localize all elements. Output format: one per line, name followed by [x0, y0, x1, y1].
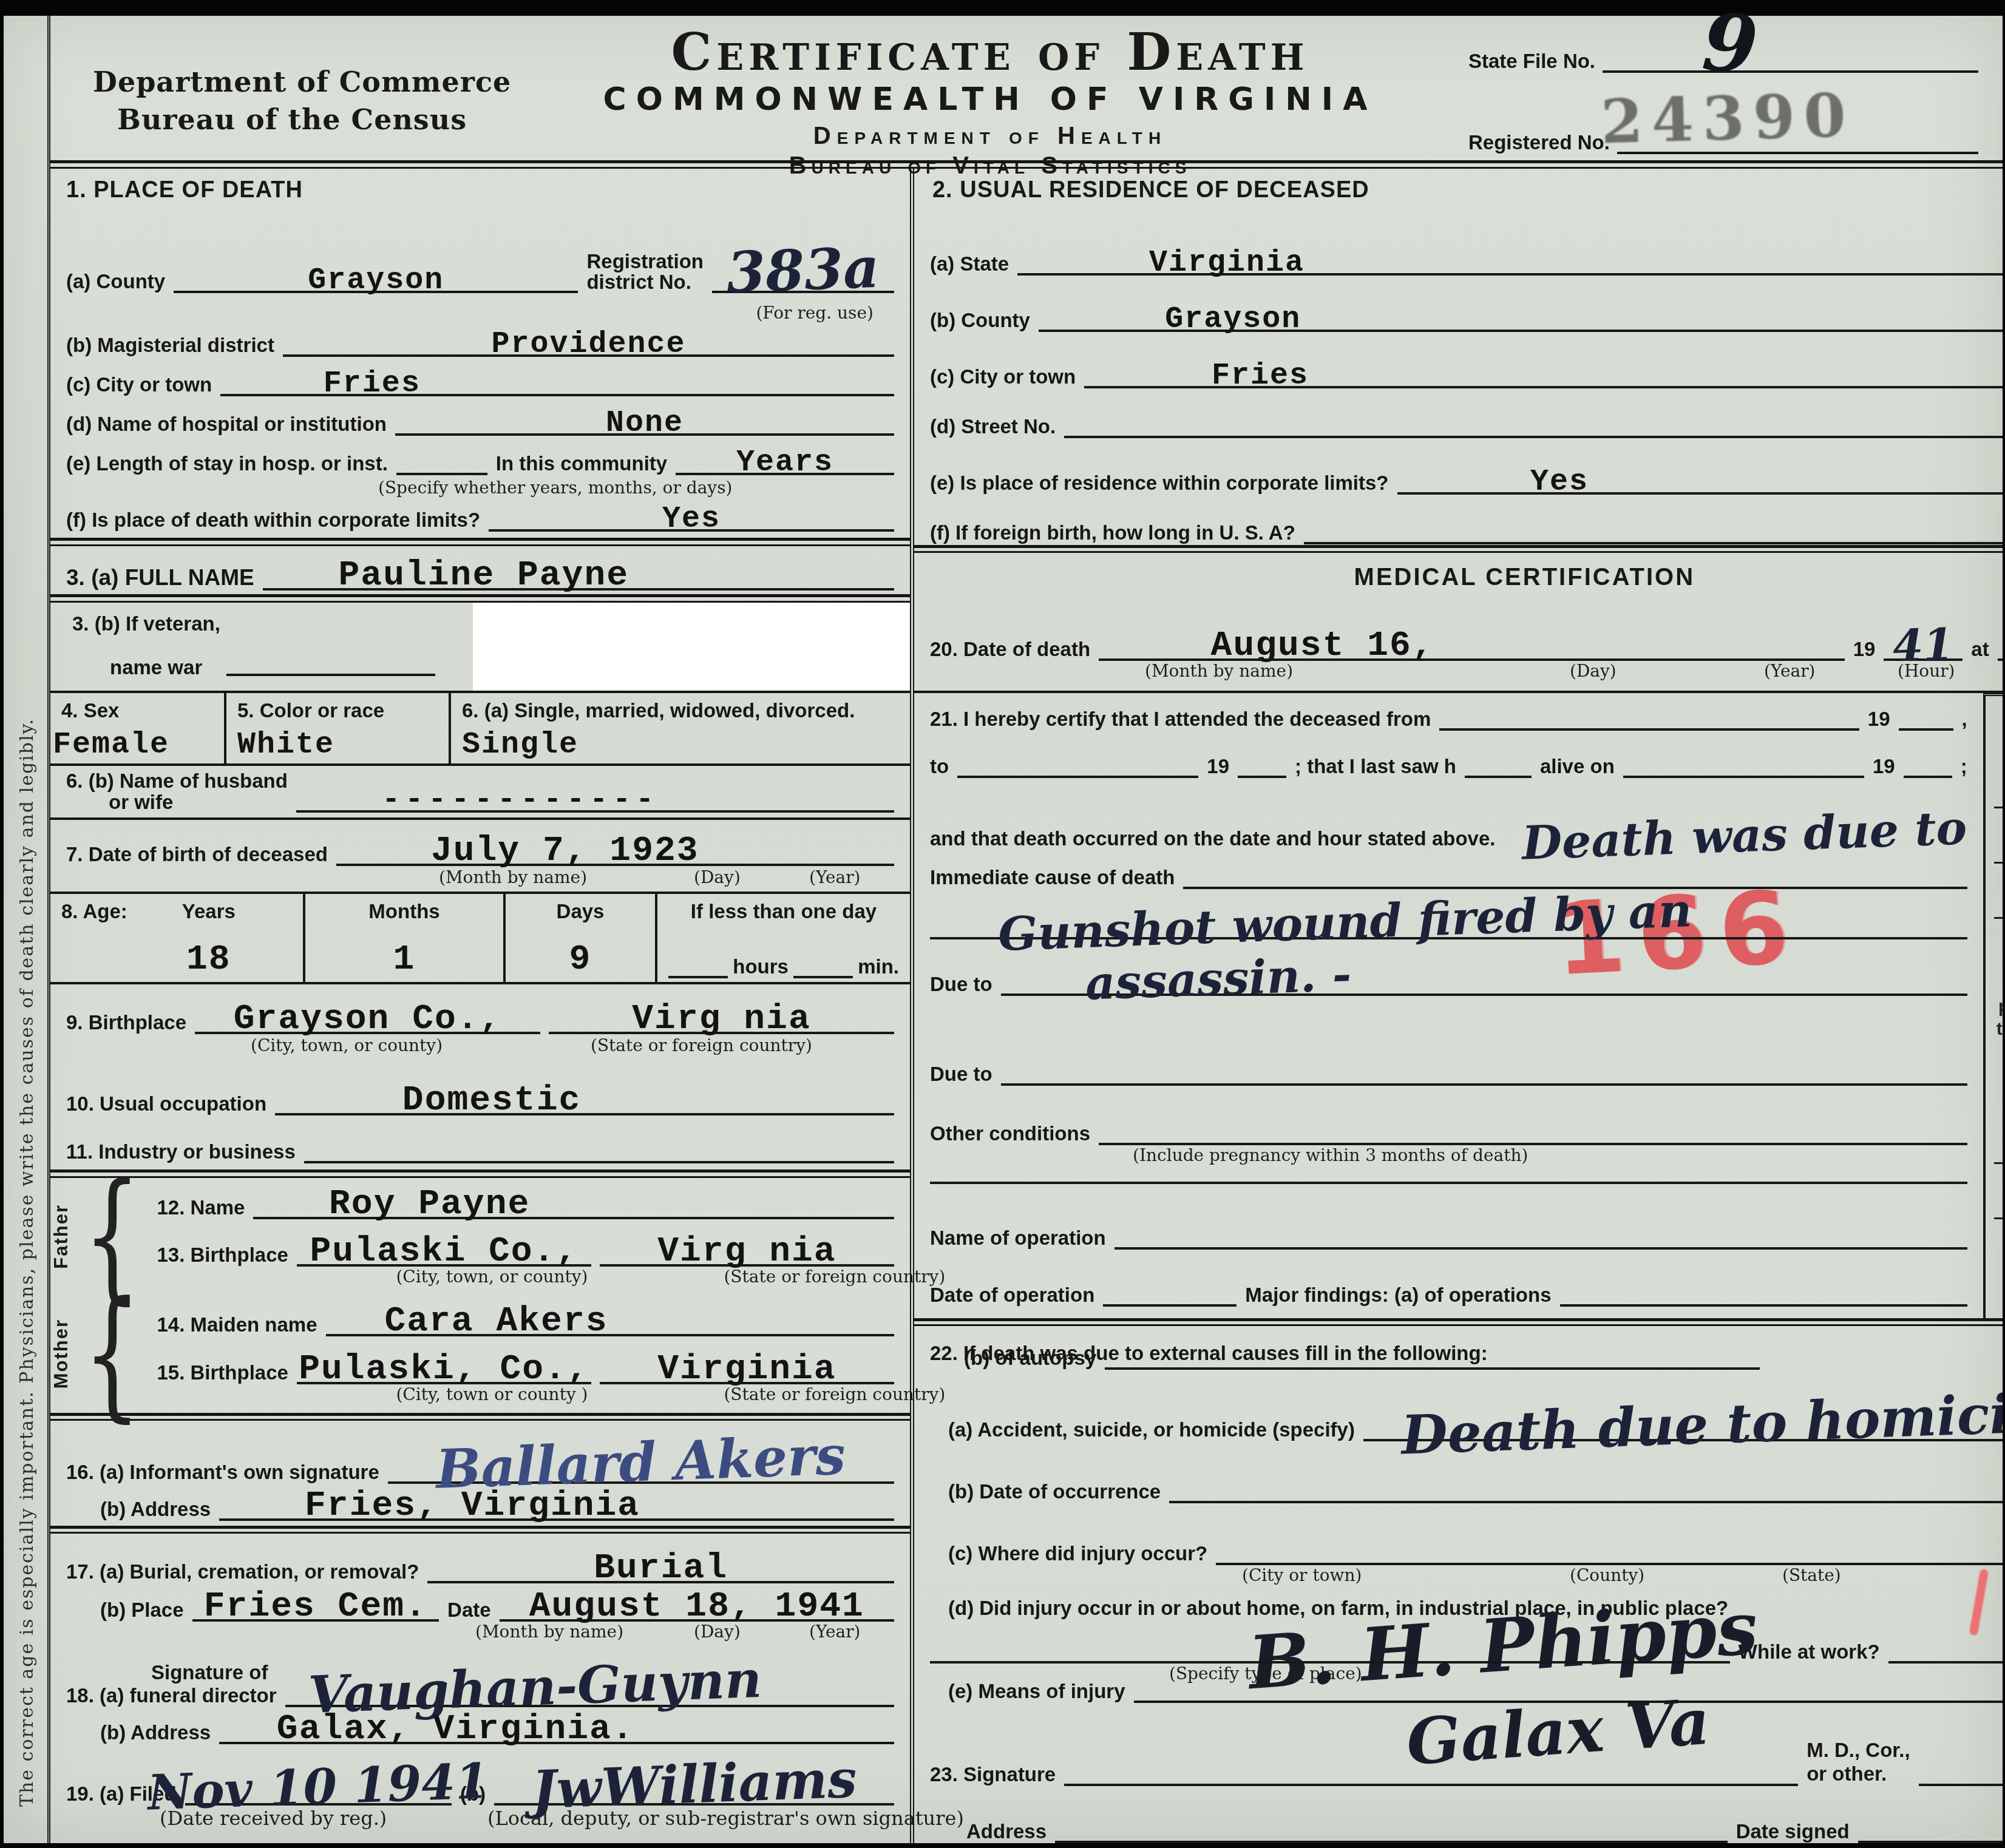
to-line — [957, 776, 1198, 778]
county-label: (a) County — [66, 270, 165, 293]
main-body: 1. PLACE OF DEATH (a) County Grayson Reg… — [50, 169, 2003, 1843]
section-parents: Father { 12. Name Roy Payne 13. Birthpla… — [50, 1178, 910, 1413]
burial-note-month: (Month by name) — [475, 1622, 623, 1642]
res-corporate-line: Yes — [1397, 465, 2003, 495]
age-years-cell: 8. Age: Years 18 — [50, 894, 305, 982]
operation-line — [1114, 1247, 1967, 1250]
where-note-state: (State) — [1782, 1565, 1841, 1585]
section-place-of-death: 1. PLACE OF DEATH (a) County Grayson Reg… — [50, 169, 910, 538]
state-file-number-handwritten: 9 — [1701, 10, 1760, 77]
burial-note-year: (Year) — [809, 1622, 861, 1642]
burial-date-line: August 18, 1941 — [500, 1587, 894, 1622]
rule — [50, 1413, 910, 1421]
age-hours-cell: If less than one day hours min. — [657, 894, 910, 982]
death-note-month: (Month by name) — [1145, 661, 1293, 681]
section-birth-date: 7. Date of birth of deceased July 7, 192… — [50, 820, 910, 892]
duration-blank-line — [1994, 864, 2003, 919]
due-to-label-1: Due to — [930, 973, 992, 996]
title-block: Certificate of Death COMMONWEALTH OF VIR… — [518, 27, 1462, 160]
stay-line — [396, 473, 487, 475]
note-month: (Month by name) — [439, 867, 587, 887]
spouse-value: ------------ — [382, 783, 659, 817]
father-note-2: (State or foreign country) — [724, 1267, 945, 1287]
certificate-form: Department of Commerce Bureau of the Cen… — [47, 16, 2003, 1843]
state-file-label: State File No. — [1468, 50, 1595, 73]
operation-date-label: Date of operation — [930, 1284, 1094, 1307]
reg-district-line: 383a — [712, 237, 894, 293]
res-county-label: (b) County — [930, 309, 1030, 332]
physician-address-handwritten: Galax Va — [1405, 1692, 1712, 1773]
pod-corporate-value: Yes — [662, 502, 721, 536]
means-of-injury-line — [1134, 1701, 2003, 1703]
nineteen: 19 — [1207, 755, 1229, 778]
section-burial: 17. (a) Burial, cremation, or removal? B… — [50, 1534, 910, 1648]
occupation-value: Domestic — [402, 1081, 581, 1120]
magisterial-value: Providence — [491, 327, 685, 362]
informant-address-line: Fries, Virginia — [219, 1486, 894, 1521]
father-label: Father — [50, 1204, 83, 1269]
informant-address-value: Fries, Virginia — [305, 1486, 640, 1526]
duration-blank-line — [1994, 1164, 2003, 1219]
duration-blank-line — [1994, 808, 2003, 864]
res-city-line: Fries — [1084, 359, 2003, 388]
birth-date-label: 7. Date of birth of deceased — [66, 843, 328, 866]
informant-signature-label: 16. (a) Informant's own signature — [66, 1461, 379, 1484]
header-rule — [50, 160, 2003, 169]
filed-note: (Date received by reg.) — [160, 1807, 387, 1830]
mother-birthplace-value-2: Virginia — [657, 1350, 836, 1389]
signature-label: 23. Signature — [930, 1763, 1056, 1786]
burial-note-day: (Day) — [694, 1622, 741, 1642]
date-signed-line — [1858, 1841, 2003, 1843]
sex-cell: 4. Sex Female — [50, 693, 226, 763]
race-value: White — [237, 728, 438, 762]
director-signature-line: Vaughan-Guynn — [285, 1657, 894, 1707]
year-blank-line — [1238, 776, 1286, 778]
res-county-value: Grayson — [1165, 302, 1301, 337]
burial-type-line: Burial — [427, 1549, 894, 1583]
marital-cell: 6. (a) Single, married, widowed, divorce… — [451, 693, 910, 763]
birthplace-value-2: Virg nia — [632, 1000, 810, 1039]
director-address-line: Galax, Virginia. — [219, 1710, 894, 1744]
burial-place-label: (b) Place — [66, 1599, 184, 1622]
county-value: Grayson — [308, 263, 444, 298]
where-note-city: (City or town) — [1242, 1565, 1362, 1585]
section-sex-race-marital: 4. Sex Female 5. Color or race White 6. … — [50, 693, 910, 763]
pod-corporate-line: Yes — [489, 502, 894, 532]
res-foreign-line — [1304, 542, 2003, 544]
birthplace-label: 9. Birthplace — [66, 1011, 186, 1034]
due-to-line-2 — [1001, 1083, 1967, 1086]
mother-block: Mother { 14. Maiden name Cara Akers 15. … — [50, 1295, 910, 1412]
age-label: 8. Age: — [61, 900, 127, 982]
death-note-day: (Day) — [1570, 661, 1617, 681]
min-label: min. — [858, 955, 899, 978]
date-signed-label: Date signed — [1736, 1820, 1850, 1843]
scanned-death-certificate: { "margin_note": "The correct age is esp… — [0, 0, 2005, 1848]
stay-label: (e) Length of stay in hosp. or inst. — [66, 452, 388, 475]
mother-birthplace-line-1: Pulaski, Co., — [297, 1350, 591, 1384]
pod-corporate-label: (f) Is place of death within corporate l… — [66, 509, 480, 532]
sex-value: Female — [53, 728, 213, 762]
race-cell: 5. Color or race White — [226, 693, 451, 763]
place-of-death-heading: 1. PLACE OF DEATH — [50, 177, 910, 203]
birthplace-note-2: (State or foreign country) — [591, 1035, 812, 1055]
comma: , — [1962, 708, 1967, 731]
nineteen: 19 — [1868, 708, 1890, 731]
age-months-value: 1 — [393, 940, 416, 980]
burial-date-label: Date — [447, 1599, 491, 1622]
burial-date-value: August 18, 1941 — [529, 1587, 864, 1626]
due-to-line-1: assassin. - — [1001, 952, 1967, 996]
means-of-injury-label: (e) Means of injury — [930, 1680, 1125, 1703]
hospital-label: (d) Name of hospital or institution — [66, 413, 387, 436]
community-line: Years — [676, 445, 894, 475]
other-conditions-label: Other conditions — [930, 1122, 1090, 1145]
to-label: to — [930, 755, 949, 778]
age-months-cell: Months 1 — [305, 894, 506, 982]
year-blank-line — [1899, 728, 1953, 731]
accident-line: Death due to homicide — [1363, 1392, 2003, 1441]
occurrence-line — [1169, 1501, 2003, 1503]
signature-line — [1064, 1784, 1798, 1786]
mother-name-line: Cara Akers — [326, 1302, 894, 1336]
death-year-line: 41 — [1884, 619, 1963, 661]
res-county-line: Grayson — [1039, 302, 2003, 332]
certify-label: 21. I hereby certify that I attended the… — [930, 708, 1431, 731]
mother-name-label: 14. Maiden name — [157, 1313, 317, 1336]
physician-address-line — [1055, 1841, 1728, 1843]
community-value: Years — [736, 445, 833, 480]
county-line: Grayson — [174, 263, 578, 293]
informant-address-label: (b) Address — [66, 1498, 211, 1521]
specify-place-note: (Specify type of place) — [1169, 1664, 1362, 1684]
right-column: 2. USUAL RESIDENCE OF DECEASED (a) State… — [914, 169, 2003, 1843]
commonwealth-subtitle: COMMONWEALTH OF VIRGINIA — [518, 81, 1462, 118]
informant-signature-line: Ballard Akers — [388, 1430, 894, 1484]
full-name-line: Pauline Payne — [263, 556, 894, 591]
physician-note-block: Physician Underline the primary cause to… — [1994, 935, 2003, 1109]
section-spouse: 6. (b) Name of husband or wife ---------… — [50, 766, 910, 817]
father-birthplace-label: 13. Birthplace — [157, 1244, 288, 1267]
age-days-label: Days — [557, 900, 605, 923]
full-name-value: Pauline Payne — [339, 556, 629, 595]
birth-date-line: July 7, 1923 — [336, 831, 894, 866]
age-years-value: 18 — [186, 940, 231, 980]
age-days-value: 9 — [569, 940, 592, 980]
director-address-value: Galax, Virginia. — [277, 1710, 634, 1749]
section-filing: 19. (a) Filed Nov 10 1941 (b) JwWilliams… — [50, 1749, 910, 1843]
father-birthplace-line-2: Virg nia — [600, 1232, 894, 1267]
stay-note: (Specify whether years, months, or days) — [378, 478, 732, 498]
pod-city-line: Fries — [220, 367, 894, 396]
res-state-label: (a) State — [930, 252, 1009, 276]
burial-type-value: Burial — [594, 1549, 728, 1588]
findings-label: Major findings: (a) of operations — [1245, 1284, 1551, 1307]
res-state-value: Virginia — [1149, 246, 1304, 280]
birthplace-line-2: Virg nia — [549, 1000, 894, 1034]
duration-blank-line — [1994, 753, 2003, 808]
birthplace-line-1: Grayson Co., — [195, 1000, 540, 1034]
industry-line — [304, 1161, 894, 1163]
mother-label: Mother — [50, 1319, 83, 1389]
physician-note: Underline the primary cause to which dea… — [1994, 972, 2003, 1109]
alive-label: alive on — [1540, 755, 1615, 778]
cause-line-2: Gunshot wound fired by an — [930, 895, 1967, 939]
cause-handwriting-1: Death was due to — [1521, 800, 1968, 870]
min-line — [793, 976, 853, 978]
father-birthplace-value-1: Pulaski Co., — [310, 1232, 578, 1271]
res-city-value: Fries — [1212, 359, 1309, 393]
section-residence: 2. USUAL RESIDENCE OF DECEASED (a) State… — [914, 169, 2003, 545]
birthplace-note-1: (City, town, or county) — [251, 1035, 443, 1055]
res-foreign-label: (f) If foreign birth, how long in U. S. … — [930, 521, 1295, 544]
due-to-label-2: Due to — [930, 1063, 992, 1086]
section-certification: 166 21. I hereby certify that I attended… — [914, 693, 2003, 1318]
magisterial-label: (b) Magisterial district — [66, 334, 274, 357]
age-months-label: Months — [368, 900, 439, 923]
section-occupation: 10. Usual occupation Domestic — [50, 1060, 910, 1122]
section-external-causes: B. H. Phipps Galax Va 22. If death was d… — [914, 1326, 2003, 1843]
spouse-label: 6. (b) Name of husband or wife — [66, 771, 288, 813]
age-less-label: If less than one day — [691, 900, 877, 923]
occurrence-label: (b) Date of occurrence — [930, 1480, 1161, 1503]
father-block: Father { 12. Name Roy Payne 13. Birthpla… — [50, 1178, 910, 1295]
physician-address-label: Address — [930, 1820, 1047, 1843]
section-age: 8. Age: Years 18 Months 1 Days — [50, 894, 910, 982]
state-file-row: State File No. 9 24390 — [1468, 50, 1978, 73]
father-name-line: Roy Payne — [253, 1185, 894, 1219]
immediate-label: Immediate cause of death — [930, 866, 1175, 889]
other-conditions-note: (Include pregnancy within 3 months of de… — [1133, 1145, 1528, 1165]
death-at-label: at — [1971, 638, 1989, 661]
duration-blank-line — [1994, 1109, 2003, 1164]
sex-label: 4. Sex — [61, 699, 213, 722]
mother-note-1: (City, town or county ) — [396, 1384, 588, 1404]
section-medical-header: MEDICAL CERTIFICATION 20. Date of death … — [914, 553, 2003, 690]
res-corporate-value: Yes — [1530, 465, 1589, 499]
full-name-label: 3. (a) FULL NAME — [66, 565, 254, 591]
mother-birthplace-line-2: Virginia — [600, 1350, 894, 1384]
rule — [914, 1318, 2003, 1326]
age-years-label: Years — [182, 900, 236, 923]
director-address-label: (b) Address — [66, 1721, 211, 1744]
death-note-year: (Year) — [1764, 661, 1816, 681]
community-label: In this community — [496, 452, 667, 475]
certificate-paper: The correct age is especially important.… — [4, 16, 2003, 1843]
file-number-block: State File No. 9 24390 Registered No. — [1462, 27, 1997, 160]
md-cor-line — [1919, 1784, 2003, 1786]
burial-place-line: Fries Cem. — [192, 1587, 439, 1622]
reg-district-value: 383a — [725, 235, 880, 306]
header: Department of Commerce Bureau of the Cen… — [50, 16, 2003, 160]
left-column: 1. PLACE OF DEATH (a) County Grayson Reg… — [50, 169, 914, 1843]
saw-label: ; that I last saw h — [1295, 755, 1456, 778]
accident-value: Death due to homicide — [1400, 1379, 2003, 1466]
filed-line: Nov 10 1941 — [185, 1758, 452, 1806]
blank-line — [930, 1182, 1967, 1184]
agency-line-2: Bureau of the Census — [93, 101, 518, 138]
hospital-value: None — [606, 406, 684, 441]
md-cor-label: M. D., Cor., or other. — [1807, 1738, 1910, 1786]
residence-heading: 2. USUAL RESIDENCE OF DECEASED — [914, 177, 2003, 203]
res-state-line: Virginia — [1017, 246, 2003, 276]
note-day: (Day) — [694, 867, 741, 887]
section-full-name: 3. (a) FULL NAME Pauline Payne — [50, 546, 910, 594]
occupation-line: Domestic — [275, 1081, 894, 1115]
section-veteran: 3. (b) If veteran, name war — [50, 603, 910, 691]
certification-main: 166 21. I hereby certify that I attended… — [914, 693, 1983, 1318]
agency-line-1: Department of Commerce — [93, 63, 518, 101]
occurred-label: and that death occurred on the date and … — [930, 827, 1495, 850]
death-date-label: 20. Date of death — [930, 638, 1090, 661]
father-note-1: (City, town, or county) — [396, 1267, 588, 1287]
section-informant: 16. (a) Informant's own signature Ballar… — [50, 1421, 910, 1525]
birth-date-value: July 7, 1923 — [431, 831, 699, 871]
res-street-label: (d) Street No. — [930, 415, 1056, 438]
physician-label: Physician — [1994, 935, 2003, 958]
hospital-line: None — [395, 406, 894, 436]
attended-from-line — [1439, 728, 1859, 731]
hours-label: hours — [733, 955, 789, 978]
semicolon: ; — [1961, 755, 1967, 778]
mother-birthplace-label: 15. Birthplace — [157, 1361, 288, 1384]
race-label: 5. Color or race — [237, 699, 438, 722]
mother-name-value: Cara Akers — [384, 1302, 608, 1341]
father-name-label: 12. Name — [157, 1196, 245, 1219]
note-year: (Year) — [809, 867, 861, 887]
mother-birthplace-value-1: Pulaski, Co., — [299, 1350, 589, 1389]
magisterial-line: Providence — [283, 327, 894, 357]
redaction-box — [473, 603, 910, 691]
occupation-label: 10. Usual occupation — [66, 1092, 266, 1115]
operation-date-line — [1103, 1304, 1237, 1307]
father-birthplace-value-2: Virg nia — [657, 1232, 836, 1271]
state-file-line — [1603, 70, 1978, 73]
father-birthplace-line-1: Pulaski Co., — [297, 1232, 591, 1267]
veteran-label: 3. (b) If veteran, name war — [72, 612, 220, 679]
rule — [50, 538, 910, 546]
registered-label: Registered No. — [1468, 131, 1610, 154]
registered-row: Registered No. — [1468, 131, 1978, 154]
death-year-prefix: 19 — [1853, 638, 1876, 661]
agency-block: Department of Commerce Bureau of the Cen… — [56, 27, 518, 160]
margin-note: The correct age is especially important.… — [7, 89, 46, 1807]
alive-line — [1623, 776, 1864, 778]
mother-note-2: (State or foreign country) — [724, 1384, 945, 1404]
where-note-county: (County) — [1570, 1565, 1644, 1585]
year-blank-line — [1904, 776, 1952, 778]
death-note-hour: (Hour) — [1898, 661, 1955, 681]
rule — [50, 1169, 910, 1178]
duration-label: Duration — [1994, 730, 2003, 753]
pod-city-value: Fries — [324, 367, 421, 401]
nineteen: 19 — [1873, 755, 1895, 778]
h-blank-line — [1465, 776, 1532, 778]
where-label: (c) Where did injury occur? — [930, 1542, 1207, 1565]
duration-column: Duration Physician Underline the primary… — [1983, 693, 2003, 1318]
age-days-cell: Days 9 — [506, 894, 657, 982]
death-date-value: August 16, — [1211, 626, 1434, 666]
death-hour-line: 8.40P — [1998, 619, 2003, 661]
certificate-title: Certificate of Death — [518, 27, 1462, 78]
accident-label: (a) Accident, suicide, or homicide (spec… — [930, 1418, 1355, 1441]
spouse-line: ------------ — [296, 783, 894, 813]
reg-use-note: (For reg. use) — [756, 303, 874, 323]
cause-handwriting-3: assassin. - — [1084, 947, 1352, 1010]
hours-line — [668, 976, 728, 978]
registered-line — [1617, 152, 1978, 154]
mother-brace: { — [83, 1284, 141, 1425]
res-corporate-label: (e) Is place of residence within corpora… — [930, 472, 1389, 495]
findings-line — [1560, 1304, 1967, 1307]
death-date-line: August 16, — [1099, 626, 1845, 661]
res-street-line — [1064, 436, 2003, 438]
medical-heading: MEDICAL CERTIFICATION — [914, 564, 2003, 591]
rule — [50, 1526, 910, 1534]
registrar-line: JwWilliams — [494, 1754, 894, 1806]
veteran-line — [226, 674, 435, 676]
reg-district-label: Registration district No. — [586, 251, 704, 293]
burial-type-label: 17. (a) Burial, cremation, or removal? — [66, 1560, 419, 1583]
director-signature-label: Signature of 18. (a) funeral director — [66, 1661, 277, 1707]
section-birthplace: 9. Birthplace Grayson Co., Virg nia (Cit… — [50, 984, 910, 1060]
operation-label: Name of operation — [930, 1227, 1106, 1250]
section-industry: 11. Industry or business — [50, 1122, 910, 1169]
birthplace-value-1: Grayson Co., — [234, 1000, 502, 1039]
marital-value: Single — [462, 728, 899, 762]
rule — [50, 594, 910, 603]
burial-place-value: Fries Cem. — [204, 1587, 427, 1626]
registrar-note: (Local, deputy, or sub-registrar's own s… — [487, 1807, 964, 1830]
marital-label: 6. (a) Single, married, widowed, divorce… — [462, 699, 899, 722]
department-subtitle: Department of Health — [518, 123, 1462, 150]
pod-city-label: (c) City or town — [66, 373, 212, 396]
father-name-value: Roy Payne — [329, 1185, 530, 1224]
external-heading: 22. If death was due to external causes … — [930, 1342, 1488, 1365]
section-funeral-director: Signature of 18. (a) funeral director Va… — [50, 1648, 910, 1749]
res-city-label: (c) City or town — [930, 365, 1076, 388]
